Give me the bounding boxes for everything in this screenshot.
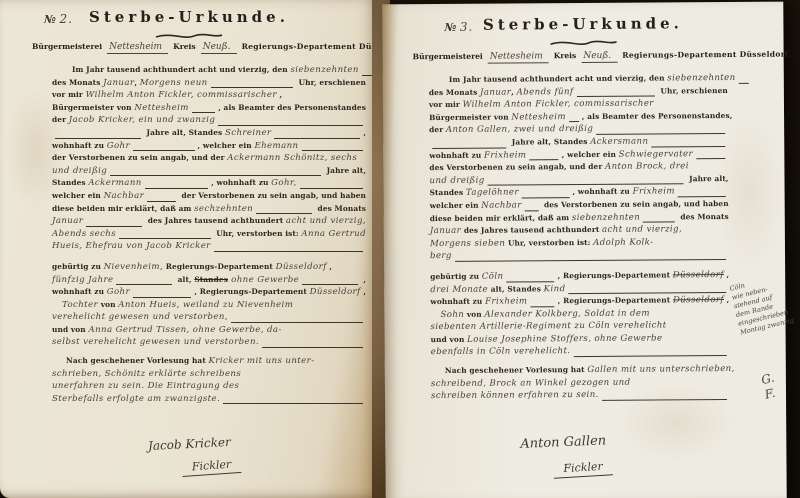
printed-text: des Monats [52, 77, 103, 90]
handwritten-text: Nachbar [481, 199, 522, 212]
left-page: № 2. Sterbe-Urkunde. Bürgermeisterei Net… [0, 0, 378, 498]
printed-text: der Verstorbenen zu sein angab, und der [52, 152, 227, 165]
printed-text: vor mir [429, 99, 463, 112]
printed-text: , [361, 274, 366, 287]
printed-text: wohnhaft zu [429, 149, 484, 162]
form-line: Abends sechs Uhr, verstorben ist: Anna G… [52, 228, 366, 241]
blank-rule [739, 74, 749, 83]
handwritten-text: Düsseldorf [276, 261, 327, 274]
blank-rule [119, 230, 210, 239]
blank-rule [192, 104, 215, 113]
handwritten-text: berg [430, 250, 452, 263]
handwritten-text: Tochter [62, 299, 98, 312]
right-page: № 3. Sterbe-Urkunde. Bürgermeisterei Net… [382, 2, 786, 498]
handwritten-text: Ackermann [88, 177, 141, 190]
book-photo: № 2. Sterbe-Urkunde. Bürgermeisterei Net… [0, 0, 800, 498]
printed-text: Nach geschehener Vorlesung hat [66, 355, 209, 368]
printed-text: Bürgermeister von [52, 102, 134, 115]
printed-text: der [52, 114, 69, 127]
printed-text: Uhr, verstorben ist: [505, 237, 593, 250]
blank-rule [116, 276, 172, 285]
left-municipality-row: Bürgermeisterei Nettesheim Kreis Neuß. R… [32, 42, 368, 54]
handwritten-text: Anton Hueis, weiland zu Nievenheim [118, 299, 293, 312]
department-label: Regierungs-Departement Düsseldorf. [622, 50, 791, 60]
printed-text: vor mir [52, 89, 86, 102]
form-line: Standes Ackermann, wohnhaft zu Gohr, [52, 177, 366, 190]
handwritten-text: zwanzigste. [165, 393, 220, 406]
municipality-value: Nettesheim [488, 51, 549, 63]
printed-text: , [277, 89, 282, 102]
form-line: verehelicht gewesen und verstorben, [52, 311, 366, 324]
handwritten-text: Januar [103, 77, 134, 90]
handwritten-text: Hueis, Ehefrau von Jacob Kricker [52, 240, 211, 253]
form-line: wohnhaft zu Frixheim, Regierungs-Departe… [430, 294, 729, 309]
form-line: Bürgermeister von Nettesheim, als Beamte… [429, 110, 728, 125]
printed-text: des Verstorbenen zu sein angab, und der [429, 161, 605, 175]
handwritten-text: Abends fünf [517, 86, 574, 99]
printed-text: Jahre alt, Standes [144, 127, 225, 140]
printed-text: welcher ein [430, 200, 482, 213]
printed-text: Standes [52, 177, 88, 190]
struck-printed-text: Standes [194, 274, 228, 287]
handwritten-text: Abends sechs [52, 228, 116, 241]
left-form-body: Im Jahr tausend achthundert acht und vie… [52, 64, 366, 405]
form-line: wohnhaft zu Gohr, Regierungs-Departement… [52, 286, 366, 299]
form-line: Sterbefalls erfolgte am zwanzigste. [52, 393, 366, 406]
handwritten-text: Kind [544, 283, 566, 296]
form-line: unerfahren zu sein. Die Eintragung des [52, 380, 366, 393]
printed-text: Jahre alt, [686, 173, 728, 186]
printed-text: Regierungs-Departement [163, 261, 276, 274]
handwritten-text: siebenzehnten [290, 64, 358, 77]
form-line: Hueis, Ehefrau von Jacob Kricker [52, 240, 366, 253]
form-line: wohnhaft zu Gohr, welcher ein Ehemann [52, 140, 366, 153]
printed-text: , Regierungs-Departement [194, 286, 309, 299]
form-line: und von Anna Gertrud Tissen, ohne Gewerb… [52, 324, 366, 337]
form-line: berg [430, 248, 729, 263]
printed-text: wohnhaft zu [52, 286, 107, 299]
left-page-title: Sterbe-Urkunde. [0, 8, 378, 26]
handwritten-text: Anna Gertrud [301, 228, 366, 241]
form-line: des Monats Januar, Morgens neun Uhr, ers… [52, 77, 366, 90]
handwritten-text: schreiben können erfahren zu sein. [431, 389, 599, 403]
official-signature: Fickler [182, 457, 242, 477]
handwritten-text: Louise Josephine Stoffers, ohne Gewerbe [467, 332, 662, 346]
blank-rule [145, 180, 208, 189]
municipality-value: Nettesheim [107, 42, 168, 54]
handwritten-text: Nettesheim [134, 102, 189, 115]
handwritten-text: Frixheim [485, 295, 527, 308]
blank-rule [302, 276, 358, 285]
printed-text: , [724, 269, 729, 282]
printed-text: , Regierungs-Departement [558, 269, 673, 282]
blank-rule [256, 205, 312, 214]
printed-text: , welcher ein [198, 140, 255, 153]
blank-rule [211, 79, 293, 88]
handwritten-text: Frixheim [484, 149, 526, 162]
form-line: Im Jahr tausend achthundert acht und vie… [52, 64, 366, 77]
printed-text: alt, Standes [488, 283, 544, 296]
form-line: Januar des Jahres tausend achthundert ac… [52, 215, 366, 228]
handwritten-text: siebenzehnten [667, 72, 735, 85]
handwritten-text: Gohr, [271, 177, 296, 190]
printed-text: gebürtig zu [52, 261, 104, 274]
printed-text: diese beiden mir erklärt, daß am [430, 212, 572, 226]
handwritten-text: Frixheim [633, 186, 675, 199]
handwritten-text: ohne Gewerbe [228, 274, 299, 287]
blank-rule [133, 142, 195, 151]
handwritten-text: verehelicht gewesen und verstorben, [52, 311, 228, 324]
form-line: der Verstorbenen zu sein angab, und der … [52, 152, 366, 165]
handwritten-text: Morgens neun [140, 77, 208, 90]
handwritten-text: Gohr [107, 286, 130, 299]
form-line: diese beiden mir erklärt, daß am sechzeh… [52, 203, 366, 216]
form-line: vor mir Wilhelm Anton Fickler, commissar… [52, 89, 366, 102]
printed-text: , [361, 286, 366, 299]
printed-text: gebürtig zu [430, 271, 482, 284]
handwritten-text: Nettesheim [511, 111, 566, 124]
form-line: welcher ein Nachbar der Verstorbenen zu … [52, 190, 366, 203]
printed-text: von [98, 299, 118, 312]
handwritten-text: Gohr [107, 140, 130, 153]
printed-text: , wohnhaft zu [211, 177, 271, 190]
printed-text: , [327, 261, 332, 274]
handwritten-text: Ackersmann [590, 136, 648, 149]
printed-text: , als Beamter des Personenstandes, [582, 110, 733, 124]
printed-text: , wohnhaft zu [572, 186, 632, 199]
handwritten-text: selbst verehelicht gewesen und verstorbe… [52, 336, 259, 349]
form-line: gebürtig zu Cöln, Regierungs-Departement… [430, 269, 729, 284]
blank-rule [596, 125, 725, 135]
printed-text: der [429, 124, 446, 137]
blank-rule [573, 347, 726, 357]
margin-note: Cölnwie neben-stehend aufdem Randeeinges… [729, 272, 796, 338]
handwritten-text: Januar [430, 225, 461, 238]
blank-rule [147, 193, 176, 202]
printed-text: , als Beamter des Personenstandes [218, 102, 366, 115]
printed-text: , Regierungs-Departement [558, 294, 673, 307]
blank-rule [522, 189, 570, 198]
blank-rule [506, 273, 554, 282]
printed-text: Uhr, erschienen [658, 85, 728, 98]
blank-rule [300, 180, 363, 189]
printed-text: und von [431, 334, 468, 347]
handwritten-text: Tagelöhner [466, 187, 519, 200]
municipality-label: Bürgermeisterei [413, 52, 483, 61]
blank-rule [223, 395, 363, 404]
blank-rule [262, 339, 363, 348]
right-form-body: Im Jahr tausend achthundert acht und vie… [429, 72, 730, 403]
printed-text: und von [52, 324, 88, 337]
printed-text: der Verstorbenen zu sein angab, und habe… [179, 190, 366, 203]
blank-rule [678, 188, 726, 197]
handwritten-text: und dreißig [52, 165, 107, 178]
right-municipality-row: Bürgermeisterei Nettesheim Kreis Neuß. R… [413, 50, 742, 64]
form-line: gebürtig zu Nievenheim, Regierungs-Depar… [52, 261, 366, 274]
form-line: und dreißig Jahre alt, [52, 165, 366, 178]
handwritten-text: Anton Brock, drei [605, 160, 689, 173]
blank-rule [55, 130, 141, 139]
margin-note-initials: G.F. [760, 367, 796, 403]
form-line: Nach geschehener Vorlesung hat Gallen mi… [431, 363, 730, 378]
district-label: Kreis [173, 42, 196, 51]
handwritten-text: schrieben, Schönitz erklärte schreibens [52, 368, 241, 381]
form-line: schreiben können erfahren zu sein. [431, 388, 730, 403]
blank-rule [218, 117, 363, 126]
handwritten-text: und dreißig [429, 174, 484, 187]
blank-rule [525, 202, 539, 211]
printed-text: , [724, 294, 729, 307]
handwritten-text: Ackermann Schönitz, sechs [227, 152, 357, 165]
handwritten-text: Sterbefalls erfolgte am [52, 393, 165, 406]
handwritten-text: Gallen mit uns unterschrieben, [587, 363, 734, 377]
handwritten-text: Nachbar [104, 190, 145, 203]
printed-text: Im Jahr tausend achthundert acht und vie… [72, 64, 290, 77]
blank-rule [110, 167, 321, 176]
blank-rule [86, 218, 142, 227]
blank-rule [488, 176, 684, 186]
printed-text: des Monats [315, 203, 366, 216]
printed-text: des Jahres tausend achthundert [145, 215, 286, 228]
district-value: Neuß. [201, 42, 237, 54]
handwritten-text: acht und vierzig, [602, 223, 682, 236]
printed-text: Jahre alt, Standes [509, 136, 590, 149]
declarant-signature: Anton Gallen [520, 433, 606, 452]
form-line: ebenfalls in Cöln verehelicht. [431, 344, 730, 359]
handwritten-text: schreibend, Brock an Winkel gezogen und [431, 376, 631, 390]
blank-rule [214, 243, 363, 252]
handwritten-text: Adolph Kolk- [593, 236, 653, 249]
municipality-label: Bürgermeisterei [32, 42, 102, 51]
printed-text: alt, [175, 274, 194, 287]
handwritten-text: Sohn [440, 309, 464, 322]
handwritten-text: ebenfalls in Cöln verehelicht. [431, 346, 571, 360]
handwritten-text: Schreiner [225, 127, 272, 140]
blank-rule [569, 113, 579, 122]
handwritten-text: fünfzig Jahre [52, 274, 113, 287]
handwritten-text: Anton Gallen, zwei und dreißig [446, 123, 593, 137]
form-line: Jahre alt, Standes Schreiner, [52, 127, 366, 140]
blank-rule [568, 284, 726, 294]
printed-text: wohnhaft zu [430, 296, 485, 309]
struck-handwriting: Düsseldorf [673, 294, 724, 307]
printed-text: Uhr, verstorben ist: [214, 228, 302, 241]
handwritten-text: Düsseldorf [310, 286, 361, 299]
form-line: des Verstorbenen zu sein angab, und der … [429, 160, 728, 175]
printed-text: von [464, 308, 484, 321]
handwritten-text: drei Monate [430, 283, 488, 296]
blank-rule [602, 391, 727, 401]
handwritten-text: Alexander Kolkberg, Soldat in dem [484, 307, 650, 321]
form-line: selbst verehelicht gewesen und verstorbe… [52, 336, 366, 349]
printed-text: Nach geschehener Vorlesung hat [445, 364, 588, 378]
blank-rule [231, 314, 363, 323]
printed-text: , [363, 127, 366, 140]
handwritten-text: siebenzehnten [572, 211, 640, 224]
blank-rule [362, 67, 372, 76]
handwritten-text: unerfahren zu sein. Die Eintragung des [52, 380, 239, 393]
form-line: Tochter von Anton Hueis, weiland zu Niev… [52, 299, 366, 312]
blank-rule [530, 298, 554, 307]
handwritten-text: Nievenheim, [104, 261, 163, 274]
printed-text: Bürgermeister von [429, 111, 511, 124]
handwritten-text: Ehemann [254, 140, 298, 153]
handwritten-text: sechzehnten [194, 203, 253, 216]
blank-rule [529, 151, 558, 160]
printed-text: des Monats [678, 211, 729, 224]
printed-text: welcher ein [52, 190, 104, 203]
handwritten-text: Januar [52, 215, 83, 228]
blank-rule [133, 289, 191, 298]
form-line: des Monats Januar, Abends fünf Uhr, ersc… [429, 85, 728, 100]
handwritten-text: Cöln [482, 270, 504, 283]
struck-handwriting: Düsseldorf [673, 269, 724, 282]
handwritten-text: Anna Gertrud Tissen, ohne Gewerbe, da- [88, 324, 281, 337]
blank-rule [302, 142, 364, 151]
form-line: Nach geschehener Vorlesung hat Kricker m… [52, 355, 366, 368]
blank-rule [274, 130, 360, 139]
form-line: fünfzig Jahre alt, Standes ohne Gewerbe … [52, 274, 366, 287]
blank-rule [696, 150, 725, 159]
blank-rule [651, 138, 725, 148]
printed-text: Jahre alt, [324, 165, 366, 178]
printed-text: wohnhaft zu [52, 140, 107, 153]
district-label: Kreis [554, 51, 577, 60]
handwritten-text: acht und vierzig, [286, 215, 366, 228]
printed-text: Standes [430, 187, 466, 200]
form-line: diese beiden mir erklärt, daß am siebenz… [430, 211, 729, 226]
blank-rule [643, 213, 674, 222]
handwritten-text: Januar [480, 86, 511, 99]
declarant-signature: Jacob Kricker [148, 435, 231, 453]
form-line: schrieben, Schönitz erklärte schreibens [52, 368, 366, 381]
printed-text: Uhr, erschienen [296, 77, 366, 90]
blank-rule [432, 139, 506, 149]
handwritten-text: Schwiegervater [619, 148, 693, 161]
printed-text: diese beiden mir erklärt, daß am [52, 203, 194, 216]
official-signature: Fickler [553, 459, 613, 478]
form-line: der Jacob Kricker, ein und zwanzig [52, 114, 366, 127]
blank-rule [576, 88, 654, 98]
handwritten-text: Kricker mit uns unter- [209, 355, 315, 368]
handwritten-text: Morgens sieben [430, 237, 505, 250]
blank-rule [455, 251, 726, 262]
district-value: Neuß. [581, 51, 617, 63]
printed-text: , welcher ein [562, 148, 619, 161]
printed-text: Im Jahr tausend achthundert acht und vie… [449, 72, 668, 86]
printed-text: des Jahres tausend achthundert [461, 224, 602, 238]
form-line: Bürgermeister von Nettesheim, als Beamte… [52, 102, 366, 115]
printed-text: des Monats [429, 86, 480, 99]
handwritten-text: Wilhelm Anton Fickler, commissarischer [86, 89, 277, 102]
handwritten-text: Jacob Kricker, ein und zwanzig [69, 114, 216, 127]
